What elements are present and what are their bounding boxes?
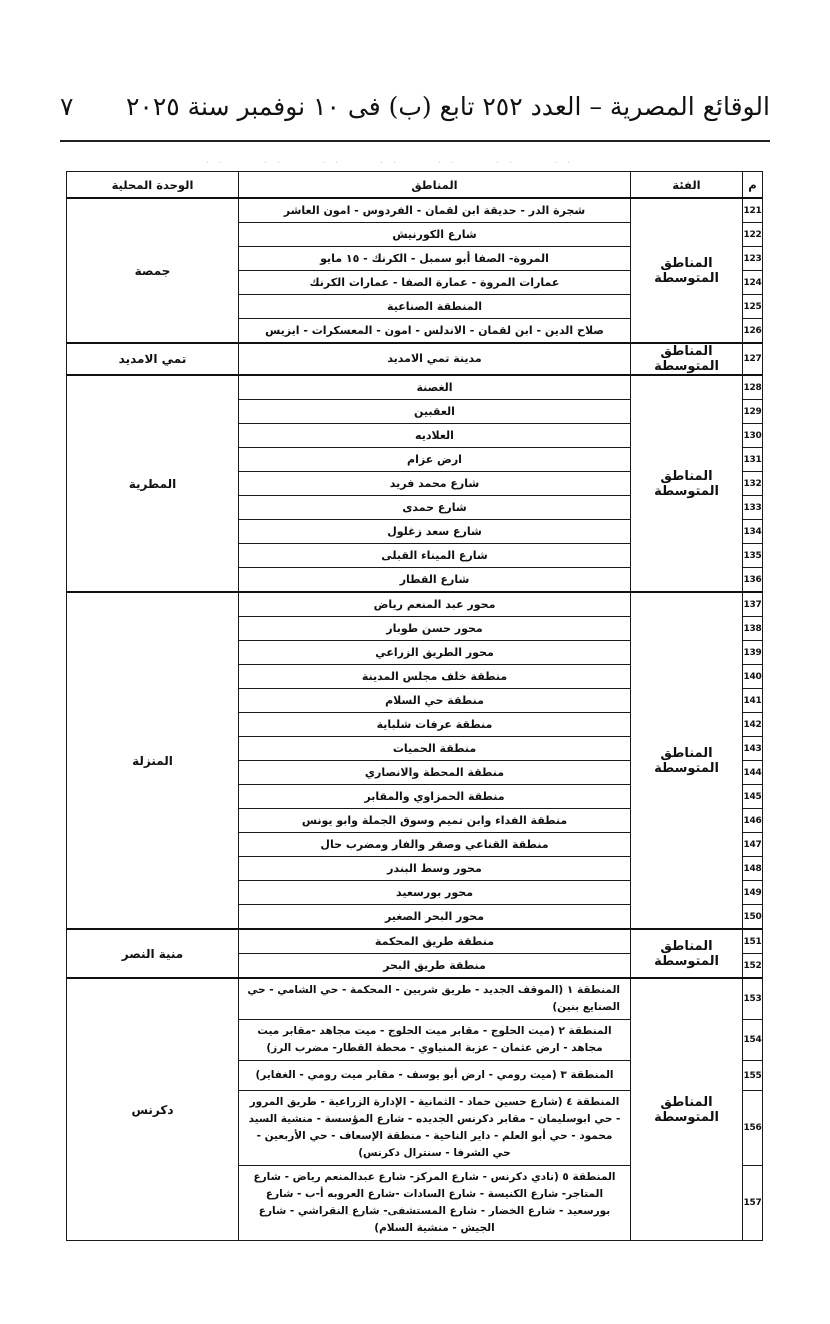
cropped-caption-remnant (185, 153, 645, 163)
area-cell: المنطقة الصناعية (239, 295, 631, 319)
row-number: 136 (743, 568, 763, 593)
row-number: 128 (743, 375, 763, 400)
row-number: 157 (743, 1166, 763, 1241)
area-cell: شارع حمدى (239, 496, 631, 520)
table-row: 128 المناطق المتوسطة الغصنة المطرية (67, 375, 763, 400)
local-unit-cell: دكرنس (67, 978, 239, 1241)
area-cell: شارع الميناء القبلى (239, 544, 631, 568)
area-cell: شجرة الدر - حديقة ابن لقمان - الفردوس - … (239, 198, 631, 223)
row-number: 144 (743, 761, 763, 785)
row-number: 153 (743, 978, 763, 1020)
row-number: 152 (743, 954, 763, 979)
row-number: 139 (743, 641, 763, 665)
area-cell: صلاح الدين - ابن لقمان - الاندلس - امون … (239, 319, 631, 344)
header-divider (60, 140, 770, 142)
area-cell: المنطقة ٢ (ميت الحلوج - مقابر ميت الحلوج… (239, 1020, 631, 1061)
category-cell: المناطق المتوسطة (631, 375, 743, 592)
row-number: 127 (743, 343, 763, 375)
area-cell: مدينة تمي الامديد (239, 343, 631, 375)
area-cell: محور عبد المنعم رياض (239, 592, 631, 617)
page-number: ٧ (60, 92, 73, 121)
area-cell: شارع سعد زغلول (239, 520, 631, 544)
table-row: 127 المناطق المتوسطة مدينة تمي الامديد ت… (67, 343, 763, 375)
table-header-row: م الفئة المناطق الوحدة المحلية (67, 172, 763, 199)
area-cell: المنطقة ٣ (ميت رومي - ارض أبو يوسف - مقا… (239, 1061, 631, 1091)
faded-stamp-mark (330, 1214, 410, 1229)
row-number: 142 (743, 713, 763, 737)
local-unit-cell: المنزلة (67, 592, 239, 929)
area-cell: منطقة عرفات شلباية (239, 713, 631, 737)
area-cell: المنطقة ٤ (شارع حسين حماد - الثمانية - ا… (239, 1091, 631, 1166)
area-cell: محور وسط البندر (239, 857, 631, 881)
category-cell: المناطق المتوسطة (631, 978, 743, 1241)
row-number: 145 (743, 785, 763, 809)
col-header-category: الفئة (631, 172, 743, 199)
area-cell: المروة- الصفا أبو سمبل - الكرنك - ١٥ ماي… (239, 247, 631, 271)
areas-table: م الفئة المناطق الوحدة المحلية 121 المنا… (66, 171, 763, 1241)
page-header: الوقائع المصرية – العدد ٢٥٢ تابع (ب) فى … (60, 88, 770, 138)
table-row: 151 المناطق المتوسطة منطقة طريق المحكمة … (67, 929, 763, 954)
row-number: 135 (743, 544, 763, 568)
area-cell: الغصنة (239, 375, 631, 400)
category-cell: المناطق المتوسطة (631, 198, 743, 343)
table-row: 153 المناطق المتوسطة المنطقة ١ (الموقف ا… (67, 978, 763, 1020)
row-number: 140 (743, 665, 763, 689)
area-cell: العلاديه (239, 424, 631, 448)
area-cell: شارع القطار (239, 568, 631, 593)
row-number: 123 (743, 247, 763, 271)
row-number: 125 (743, 295, 763, 319)
local-unit-cell: منية النصر (67, 929, 239, 978)
row-number: 151 (743, 929, 763, 954)
area-cell: منطقة حي السلام (239, 689, 631, 713)
local-unit-cell: تمي الامديد (67, 343, 239, 375)
area-cell: منطقة الحمزاوي والمقابر (239, 785, 631, 809)
area-cell: محور الطريق الزراعي (239, 641, 631, 665)
area-cell: محور البحر الصغير (239, 905, 631, 930)
row-number: 148 (743, 857, 763, 881)
area-cell: منطقة طريق البحر (239, 954, 631, 979)
row-number: 134 (743, 520, 763, 544)
local-unit-cell: المطرية (67, 375, 239, 592)
row-number: 147 (743, 833, 763, 857)
table-row: 121 المناطق المتوسطة شجرة الدر - حديقة ا… (67, 198, 763, 223)
area-cell: منطقة خلف مجلس المدينة (239, 665, 631, 689)
row-number: 149 (743, 881, 763, 905)
area-cell: شارع الكورنيش (239, 223, 631, 247)
row-number: 146 (743, 809, 763, 833)
row-number: 150 (743, 905, 763, 930)
row-number: 133 (743, 496, 763, 520)
row-number: 138 (743, 617, 763, 641)
category-cell: المناطق المتوسطة (631, 592, 743, 929)
row-number: 141 (743, 689, 763, 713)
area-cell: منطقة طريق المحكمة (239, 929, 631, 954)
area-cell: عمارات المروة - عمارة الصفا - عمارات الك… (239, 271, 631, 295)
table-row: 137 المناطق المتوسطة محور عبد المنعم ريا… (67, 592, 763, 617)
row-number: 155 (743, 1061, 763, 1091)
row-number: 129 (743, 400, 763, 424)
area-cell: منطقة الحميات (239, 737, 631, 761)
row-number: 130 (743, 424, 763, 448)
row-number: 154 (743, 1020, 763, 1061)
row-number: 137 (743, 592, 763, 617)
row-number: 124 (743, 271, 763, 295)
area-cell: المنطقة ١ (الموقف الجديد - طريق شربين - … (239, 978, 631, 1020)
col-header-local-unit: الوحدة المحلية (67, 172, 239, 199)
area-cell: العقبين (239, 400, 631, 424)
area-cell: المنطقة ٥ (نادي دكرنس - شارع المركز- شار… (239, 1166, 631, 1241)
gazette-title: الوقائع المصرية – العدد ٢٥٢ تابع (ب) فى … (126, 92, 770, 121)
row-number: 132 (743, 472, 763, 496)
row-number: 156 (743, 1091, 763, 1166)
row-number: 131 (743, 448, 763, 472)
local-unit-cell: جمصة (67, 198, 239, 343)
col-header-areas: المناطق (239, 172, 631, 199)
category-cell: المناطق المتوسطة (631, 929, 743, 978)
row-number: 121 (743, 198, 763, 223)
row-number: 122 (743, 223, 763, 247)
area-cell: محور بورسعيد (239, 881, 631, 905)
category-cell: المناطق المتوسطة (631, 343, 743, 375)
area-cell: منطقة القناعي وصقر والفار ومضرب حال (239, 833, 631, 857)
area-cell: شارع محمد فريد (239, 472, 631, 496)
row-number: 143 (743, 737, 763, 761)
area-cell: منطقة الفداء وابن تميم وسوق الجملة وابو … (239, 809, 631, 833)
row-number: 126 (743, 319, 763, 344)
area-cell: محور حسن طوبار (239, 617, 631, 641)
col-header-num: م (743, 172, 763, 199)
area-cell: منطقة المحطة والانصاري (239, 761, 631, 785)
area-cell: ارض عزام (239, 448, 631, 472)
